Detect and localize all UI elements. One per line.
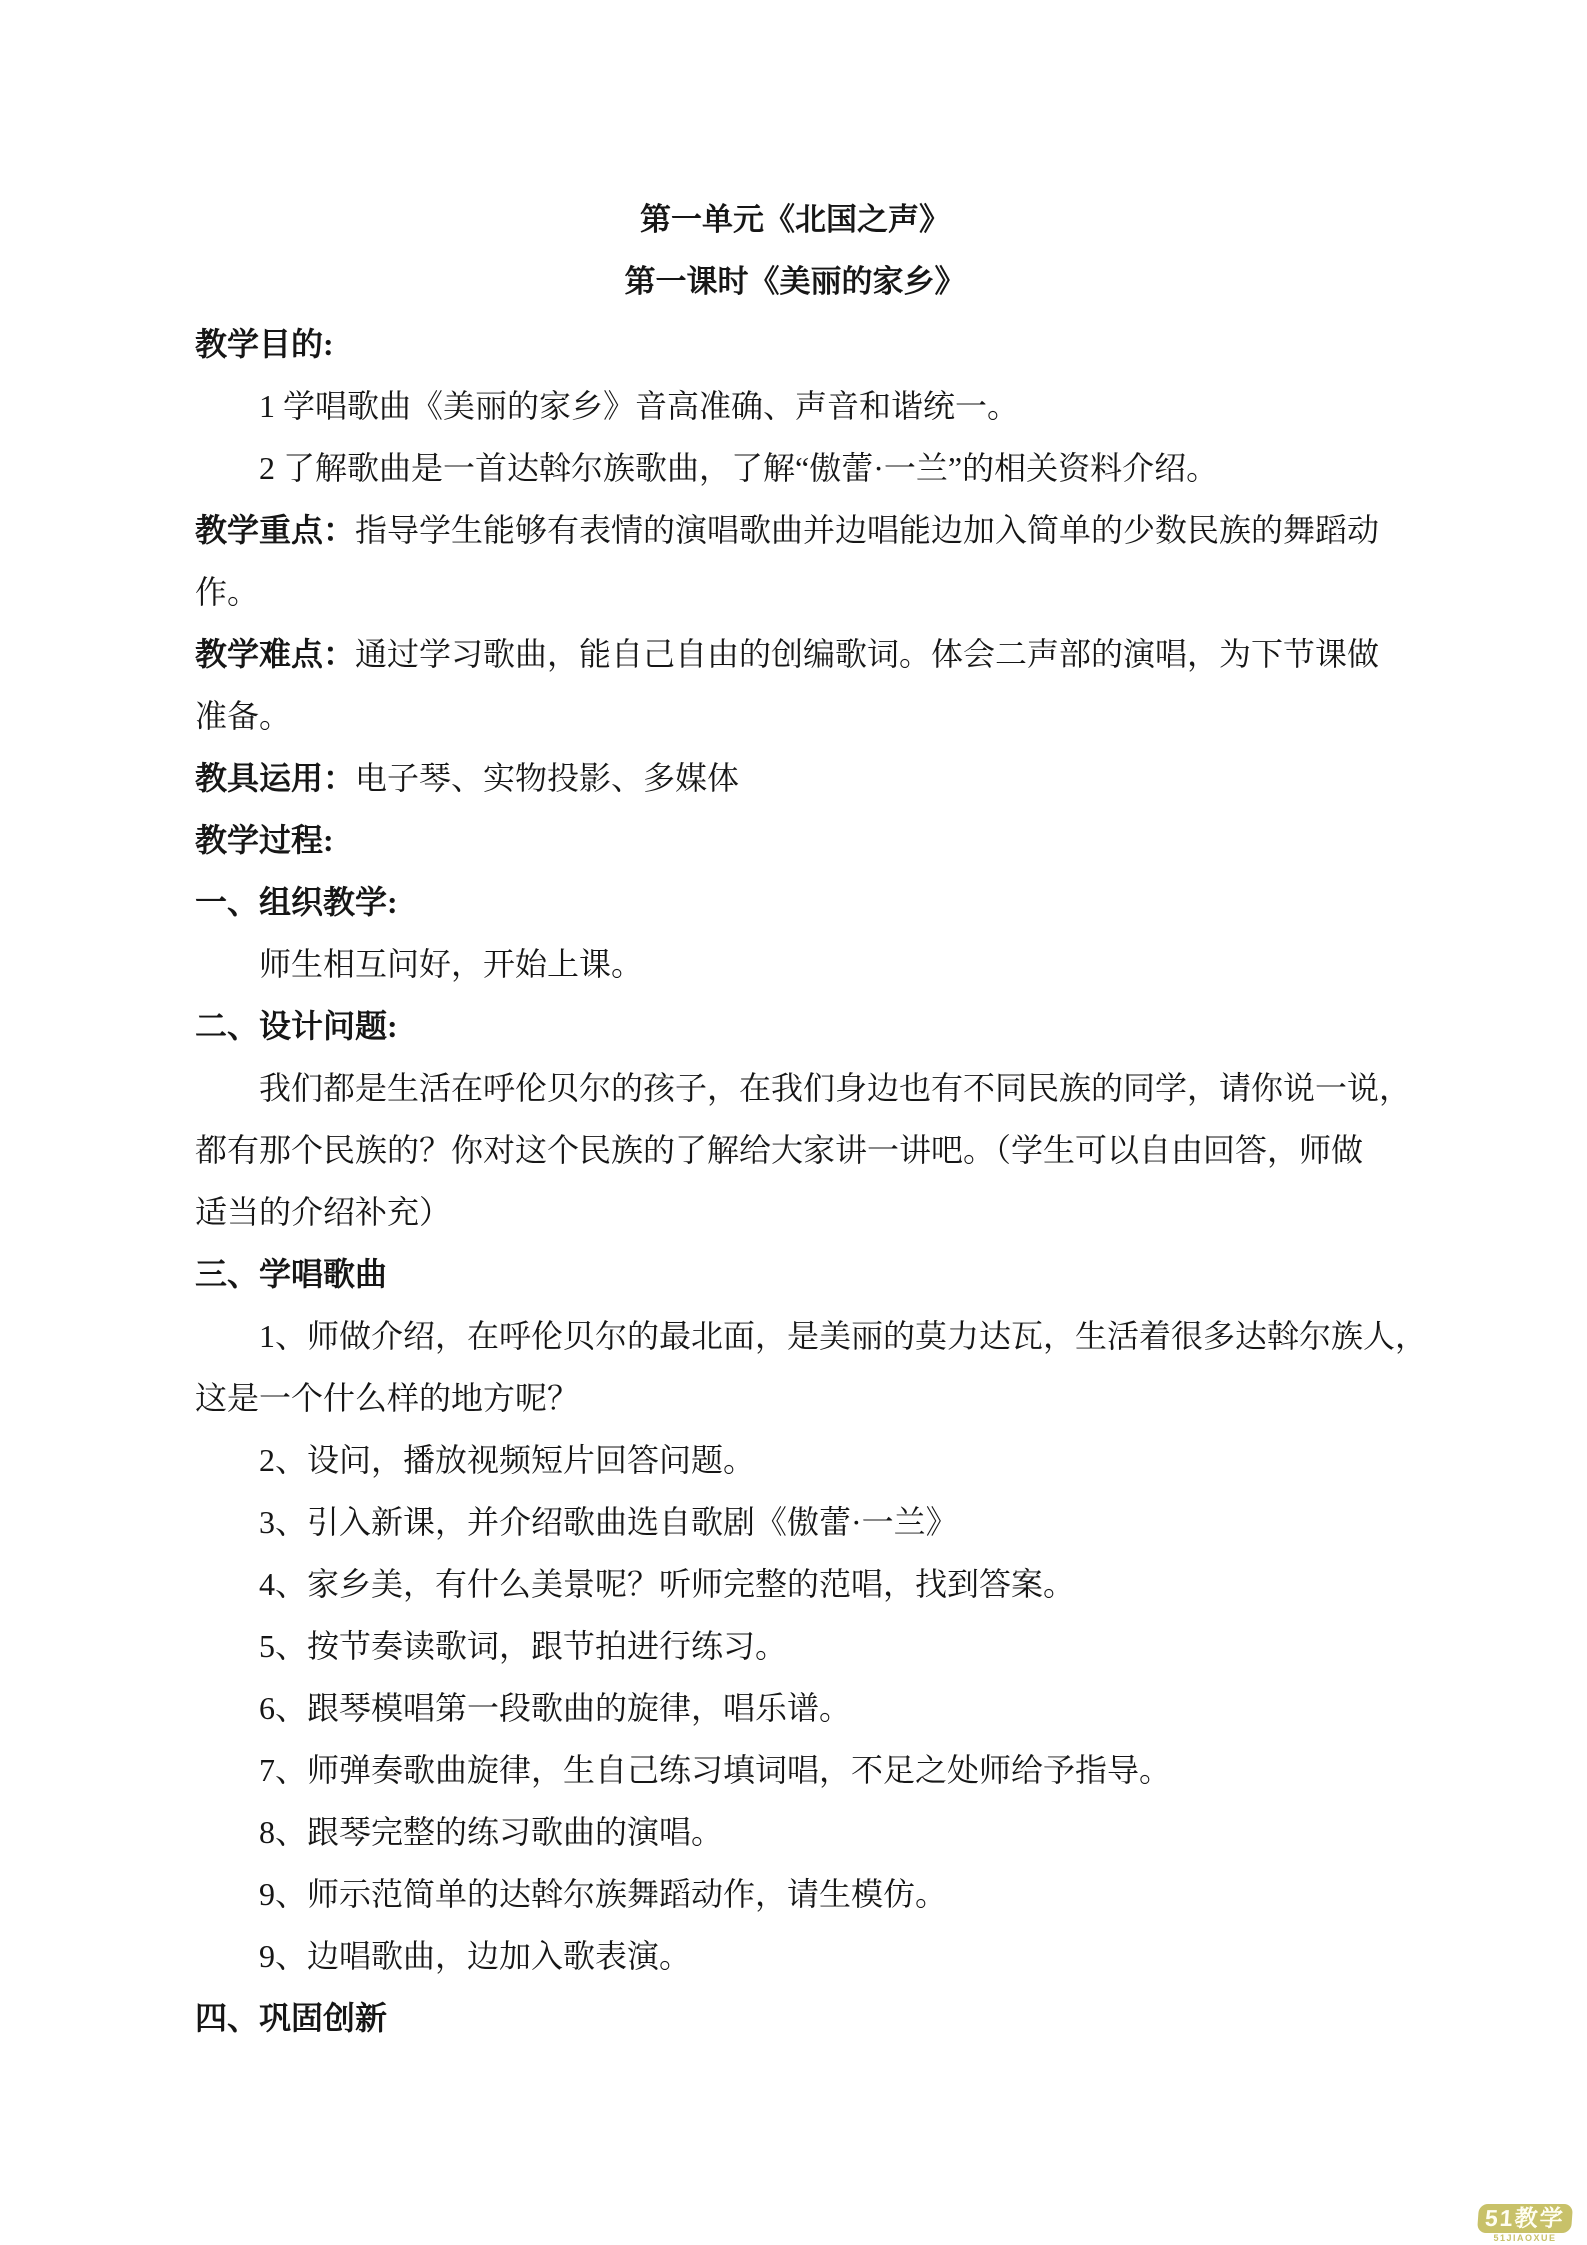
text-run: 3、引入新课，并介绍歌曲选自歌剧《傲蕾·一兰》 xyxy=(259,1504,958,1540)
doc-line: 7、师弹奏歌曲旋律，生自己练习填词唱，不足之处师给予指导。 xyxy=(195,1739,1395,1801)
doc-line: 8、跟琴完整的练习歌曲的演唱。 xyxy=(195,1801,1395,1863)
doc-line: 4、家乡美，有什么美景呢？听师完整的范唱，找到答案。 xyxy=(195,1553,1395,1615)
text-run: 第一单元《北国之声》 xyxy=(640,202,950,237)
text-run: 准备。 xyxy=(195,698,291,734)
doc-line: 这是一个什么样的地方呢？ xyxy=(195,1367,1395,1429)
text-run: 一、组织教学: xyxy=(195,884,398,920)
text-run: 教学难点： xyxy=(195,636,355,672)
text-run: 5、按节奏读歌词，跟节拍进行练习。 xyxy=(259,1628,787,1664)
doc-line: 四、巩固创新 xyxy=(195,1987,1395,2049)
text-run: 教具运用： xyxy=(195,760,355,796)
text-run: 6、跟琴模唱第一段歌曲的旋律，唱乐谱。 xyxy=(259,1690,851,1726)
text-run: 第一课时《美丽的家乡》 xyxy=(625,264,966,299)
doc-line: 教学过程: xyxy=(195,809,1395,871)
doc-line: 1 学唱歌曲《美丽的家乡》音高准确、声音和谐统一。 xyxy=(195,375,1395,437)
doc-line: 教学重点：指导学生能够有表情的演唱歌曲并边唱能边加入简单的少数民族的舞蹈动 xyxy=(195,499,1395,561)
doc-line: 都有那个民族的？你对这个民族的了解给大家讲一讲吧。（学生可以自由回答，师做 xyxy=(195,1119,1395,1181)
text-run: 师生相互问好，开始上课。 xyxy=(259,946,643,982)
watermark-subtext: 51JIAOXUE xyxy=(1470,2233,1580,2243)
doc-line: 适当的介绍补充） xyxy=(195,1181,1395,1243)
text-run: 都有那个民族的？你对这个民族的了解给大家讲一讲吧。（学生可以自由回答，师做 xyxy=(195,1132,1363,1168)
text-run: 教学重点： xyxy=(195,512,355,548)
doc-title-line: 第一课时《美丽的家乡》 xyxy=(195,251,1395,313)
doc-line: 2 了解歌曲是一首达斡尔族歌曲，了解“傲蕾·一兰”的相关资料介绍。 xyxy=(195,437,1395,499)
text-run: 三、学唱歌曲 xyxy=(195,1256,387,1292)
text-run: 1、师做介绍，在呼伦贝尔的最北面，是美丽的莫力达瓦，生活着很多达斡尔族人， xyxy=(259,1318,1427,1354)
doc-line: 9、师示范简单的达斡尔族舞蹈动作，请生模仿。 xyxy=(195,1863,1395,1925)
doc-line: 5、按节奏读歌词，跟节拍进行练习。 xyxy=(195,1615,1395,1677)
doc-line: 9、边唱歌曲，边加入歌表演。 xyxy=(195,1925,1395,1987)
text-run: 4、家乡美，有什么美景呢？听师完整的范唱，找到答案。 xyxy=(259,1566,1075,1602)
text-run: 教学目的: xyxy=(195,326,334,362)
doc-line: 作。 xyxy=(195,561,1395,623)
watermark-logo: 51教学 51JIAOXUE xyxy=(1470,2204,1580,2243)
text-run: 作。 xyxy=(195,574,259,610)
text-run: 指导学生能够有表情的演唱歌曲并边唱能边加入简单的少数民族的舞蹈动 xyxy=(355,512,1379,548)
text-block: 第一单元《北国之声》第一课时《美丽的家乡》教学目的:1 学唱歌曲《美丽的家乡》音… xyxy=(195,189,1395,2049)
doc-line: 准备。 xyxy=(195,685,1395,747)
doc-line: 师生相互问好，开始上课。 xyxy=(195,933,1395,995)
text-run: 二、设计问题: xyxy=(195,1008,398,1044)
text-run: 通过学习歌曲，能自己自由的创编歌词。体会二声部的演唱，为下节课做 xyxy=(355,636,1379,672)
text-run: 适当的介绍补充） xyxy=(195,1194,451,1230)
document-page: { "page": { "background": "#ffffff", "te… xyxy=(0,0,1587,2245)
doc-line: 教学难点：通过学习歌曲，能自己自由的创编歌词。体会二声部的演唱，为下节课做 xyxy=(195,623,1395,685)
text-run: 7、师弹奏歌曲旋律，生自己练习填词唱，不足之处师给予指导。 xyxy=(259,1752,1171,1788)
text-run: 8、跟琴完整的练习歌曲的演唱。 xyxy=(259,1814,723,1850)
doc-line: 教学目的: xyxy=(195,313,1395,375)
text-run: 这是一个什么样的地方呢？ xyxy=(195,1380,579,1416)
text-run: 我们都是生活在呼伦贝尔的孩子，在我们身边也有不同民族的同学，请你说一说， xyxy=(259,1070,1411,1106)
doc-line: 一、组织教学: xyxy=(195,871,1395,933)
doc-line: 教具运用：电子琴、实物投影、多媒体 xyxy=(195,747,1395,809)
text-run: 2 了解歌曲是一首达斡尔族歌曲，了解“傲蕾·一兰”的相关资料介绍。 xyxy=(259,450,1218,486)
doc-line: 二、设计问题: xyxy=(195,995,1395,1057)
text-run: 2、设问，播放视频短片回答问题。 xyxy=(259,1442,755,1478)
text-run: 9、师示范简单的达斡尔族舞蹈动作，请生模仿。 xyxy=(259,1876,947,1912)
doc-line: 我们都是生活在呼伦贝尔的孩子，在我们身边也有不同民族的同学，请你说一说， xyxy=(195,1057,1395,1119)
doc-line: 2、设问，播放视频短片回答问题。 xyxy=(195,1429,1395,1491)
doc-line: 1、师做介绍，在呼伦贝尔的最北面，是美丽的莫力达瓦，生活着很多达斡尔族人， xyxy=(195,1305,1395,1367)
text-run: 教学过程: xyxy=(195,822,334,858)
doc-line: 3、引入新课，并介绍歌曲选自歌剧《傲蕾·一兰》 xyxy=(195,1491,1395,1553)
doc-line: 三、学唱歌曲 xyxy=(195,1243,1395,1305)
doc-title-line: 第一单元《北国之声》 xyxy=(195,189,1395,251)
text-run: 四、巩固创新 xyxy=(195,2000,387,2036)
text-run: 9、边唱歌曲，边加入歌表演。 xyxy=(259,1938,691,1974)
text-run: 1 学唱歌曲《美丽的家乡》音高准确、声音和谐统一。 xyxy=(259,388,1019,424)
doc-line: 6、跟琴模唱第一段歌曲的旋律，唱乐谱。 xyxy=(195,1677,1395,1739)
watermark-text: 51教学 xyxy=(1477,2204,1573,2233)
text-run: 电子琴、实物投影、多媒体 xyxy=(355,760,739,796)
